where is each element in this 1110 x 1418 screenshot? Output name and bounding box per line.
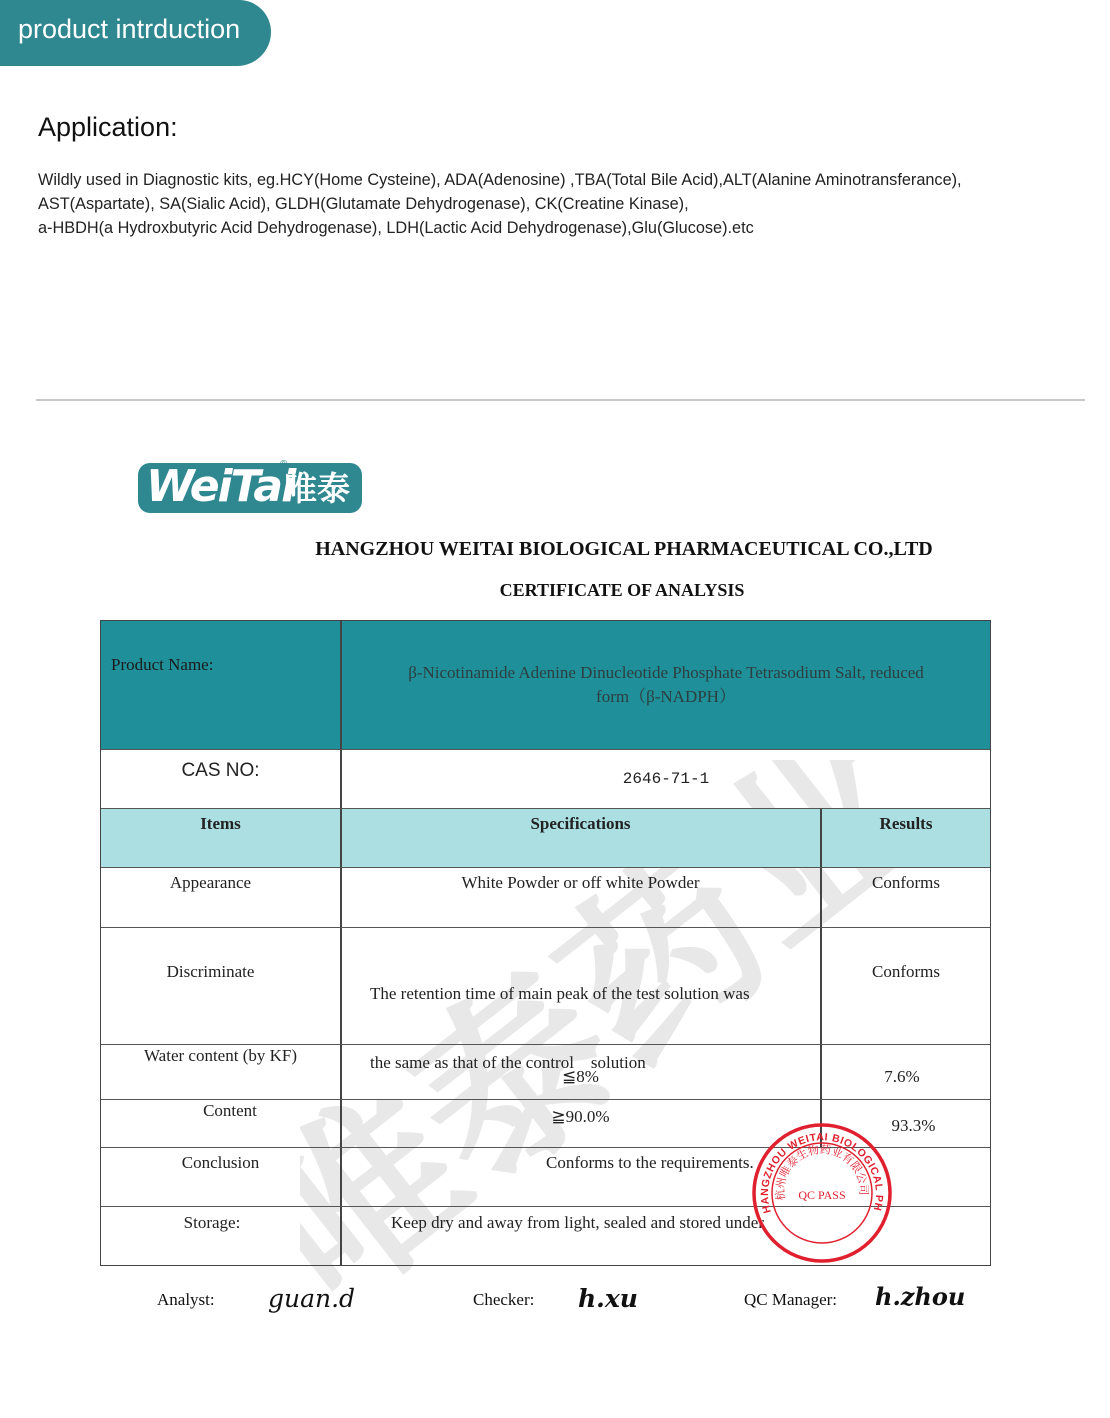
application-line: Wildly used in Diagnostic kits, eg.HCY(H… <box>38 168 1078 192</box>
column-header-items: Items <box>101 814 340 834</box>
product-name-label: Product Name: <box>111 655 213 675</box>
section-divider <box>36 399 1085 401</box>
company-name: HANGZHOU WEITAI BIOLOGICAL PHARMACEUTICA… <box>0 538 1110 561</box>
table-row: Discriminate The retention time of main … <box>101 928 990 1045</box>
application-line: AST(Aspartate), SA(Sialic Acid), GLDH(Gl… <box>38 192 1078 216</box>
application-line: a-HBDH(a Hydroxbutyric Acid Dehydrogenas… <box>38 216 1078 240</box>
certificate-title: CERTIFICATE OF ANALYSIS <box>0 580 1110 601</box>
spec-cell: ≧90.0% <box>341 1107 820 1127</box>
item-cell: Conclusion <box>101 1153 340 1173</box>
item-cell: Appearance <box>101 873 320 893</box>
spec-cell: ≦8% <box>341 1067 820 1087</box>
result-cell: Conforms <box>821 873 991 893</box>
section-tab-product-introduction: product intrduction <box>0 0 271 66</box>
result-cell: 7.6% <box>821 1067 983 1087</box>
item-cell: Storage: <box>101 1213 323 1233</box>
analyst-label: Analyst: <box>157 1290 215 1310</box>
qc-manager-label: QC Manager: <box>744 1290 837 1310</box>
logo-chinese-text: 唯泰 <box>284 467 350 511</box>
spec-cell: Keep dry and away from light, sealed and… <box>391 1213 764 1233</box>
column-header-specifications: Specifications <box>341 814 820 834</box>
application-heading: Application: <box>38 112 178 143</box>
spec-cell: Conforms to the requirements. <box>546 1153 754 1173</box>
weitai-logo: WeiTai ® 唯泰 <box>138 459 362 513</box>
checker-label: Checker: <box>473 1290 534 1310</box>
product-name-line: form（β-NADPH） <box>341 685 991 709</box>
result-cell: Conforms <box>821 962 991 982</box>
table-header-row: Items Specifications Results <box>101 809 990 868</box>
spec-line: The retention time of main peak of the t… <box>370 982 815 1005</box>
application-description: Wildly used in Diagnostic kits, eg.HCY(H… <box>38 168 1078 240</box>
product-name-line: β-Nicotinamide Adenine Dinucleotide Phos… <box>341 661 991 685</box>
table-row: Appearance White Powder or off white Pow… <box>101 868 990 928</box>
cas-row: CAS NO: 2646-71-1 <box>101 750 990 809</box>
item-cell: Water content (by KF) <box>101 1046 340 1066</box>
cas-value: 2646-71-1 <box>341 770 991 788</box>
table-row: Water content (by KF) ≦8% 7.6% <box>101 1045 990 1100</box>
qc-pass-stamp-icon: HANGZHOU WEITAI BIOLOGICAL PHARMACEUTICA… <box>751 1122 893 1264</box>
checker-signature: h.xu <box>578 1284 638 1313</box>
qc-manager-signature: h.zhou <box>875 1282 965 1311</box>
product-name-row: Product Name: β-Nicotinamide Adenine Din… <box>101 621 990 750</box>
logo-latin-text: WeiTai <box>146 460 294 514</box>
analyst-signature: guan.d <box>268 1284 355 1313</box>
cas-label: CAS NO: <box>101 760 340 782</box>
product-name-value: β-Nicotinamide Adenine Dinucleotide Phos… <box>341 661 991 709</box>
column-header-results: Results <box>821 814 991 834</box>
spec-cell: White Powder or off white Powder <box>341 873 820 893</box>
stamp-center-text: QC PASS <box>798 1188 845 1202</box>
item-cell: Content <box>101 1101 359 1121</box>
item-cell: Discriminate <box>101 962 320 982</box>
